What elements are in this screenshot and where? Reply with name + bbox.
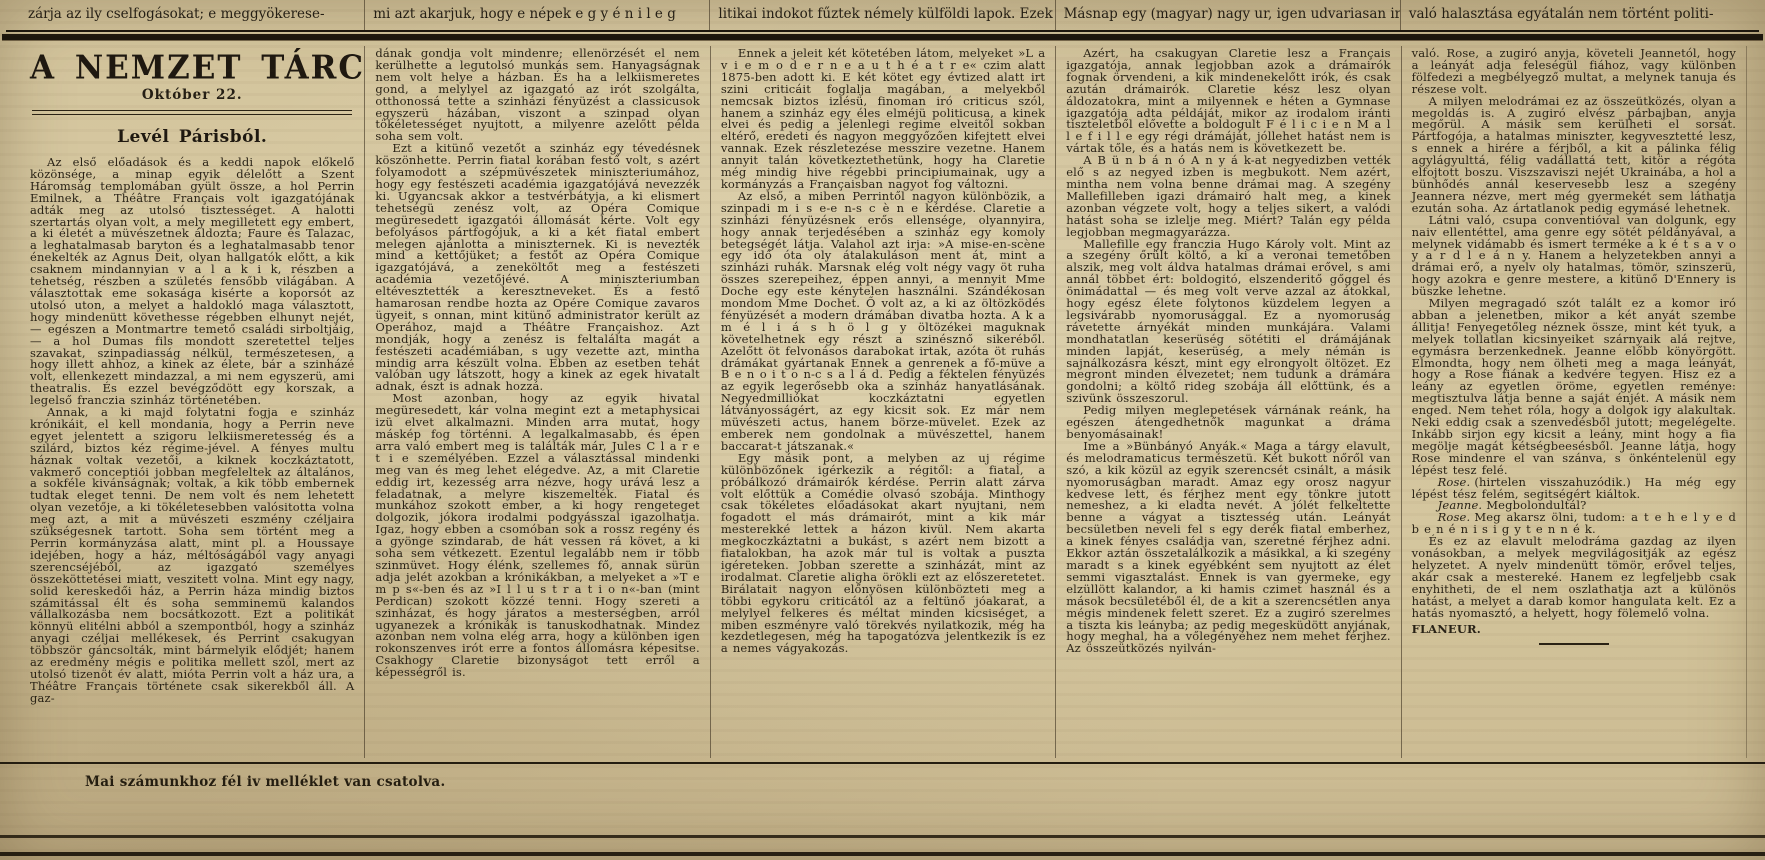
fragment-text: mi azt akarjuk, hogy e népek e g y é n i… xyxy=(365,0,710,30)
dialogue-line: Rose.Meg akarsz ölni, tudom: a t e h e l… xyxy=(1412,512,1736,536)
signature: FLANEUR. xyxy=(1412,624,1736,636)
paragraph: Most azonban, hogy az egyik hivatal megü… xyxy=(375,393,699,679)
bottom-double-rule xyxy=(0,835,1765,856)
section-date: Október 22. xyxy=(30,87,354,103)
column-3: Ennek a jeleit két kötetében látom, mely… xyxy=(711,46,1056,758)
paragraph: Annak, a ki majd folytatni fogja e szinh… xyxy=(30,407,354,705)
section-title: A NEMZET TÁRCZÁJA. xyxy=(30,49,354,87)
paragraph: Milyen megragadó szót talált ez a komor … xyxy=(1412,298,1736,477)
paragraph: Mallefille egy franczia Hugo Károly volt… xyxy=(1066,239,1390,406)
paragraph: Az első előadások és a keddi napok előke… xyxy=(30,157,354,407)
article-end-rule xyxy=(1539,643,1609,645)
newspaper-page: zárja az ily cselfogásokat; e meggyökere… xyxy=(0,0,1765,860)
fragment-text: litikai indokot fűztek némely külföldi l… xyxy=(710,0,1055,30)
paragraph: Látni való, csupa conventióval van dolgu… xyxy=(1412,215,1736,298)
paragraph: Az első, a miben Perrintől nagyon különb… xyxy=(721,191,1045,453)
paragraph: Azért, ha csakugyan Claretie lesz a Fran… xyxy=(1066,48,1390,155)
article-title: Levél Párisból. xyxy=(30,127,354,147)
fragment-text: zárja az ily cselfogásokat; e meggyökere… xyxy=(20,0,365,30)
paragraph: való. Rose, a zugiró anyja, követeli Jea… xyxy=(1412,48,1736,96)
fragment-text: való halasztása egyátalán nem történt po… xyxy=(1401,0,1745,30)
paragraph: dának gondja volt mindenre; ellenörzését… xyxy=(375,48,699,143)
paragraph: Egy másik pont, a melyben az uj régime k… xyxy=(721,453,1045,655)
top-fragment-row: zárja az ily cselfogásokat; e meggyökere… xyxy=(0,0,1765,30)
fragment-text: Másnap egy (magyar) nagy ur, igen udvari… xyxy=(1056,0,1401,30)
column-2: dának gondja volt mindenre; ellenörzését… xyxy=(365,46,710,758)
column-5: való. Rose, a zugiró anyja, követeli Jea… xyxy=(1402,46,1747,758)
paragraph: Ime a »Bünbányó Anyák.« Maga a tárgy ela… xyxy=(1066,441,1390,655)
paragraph: Ennek a jeleit két kötetében látom, mely… xyxy=(721,48,1045,191)
paragraph: A B ü n b á n ó A n y á k-at negyedizben… xyxy=(1066,155,1390,238)
footer-rule xyxy=(0,762,1765,764)
paragraph: Ezt a kitünő vezetőt a szinház egy téved… xyxy=(375,143,699,393)
column-container: A NEMZET TÁRCZÁJA. Október 22. Levél Pár… xyxy=(0,40,1765,758)
paragraph: Pedig milyen meglepetések várnának reánk… xyxy=(1066,405,1390,441)
column-4: Azért, ha csakugyan Claretie lesz a Fran… xyxy=(1056,46,1401,758)
column-1: A NEMZET TÁRCZÁJA. Október 22. Levél Pár… xyxy=(20,46,365,758)
masthead: A NEMZET TÁRCZÁJA. Október 22. Levél Pár… xyxy=(30,50,354,147)
dialogue-line: Rose.(hirtelen visszahuzódik.) Ha még eg… xyxy=(1412,477,1736,501)
paragraph: És ez az elavult melodráma gazdag az ily… xyxy=(1412,536,1736,619)
masthead-rule xyxy=(32,110,352,115)
footer-note: Mai számunkhoz fél iv melléklet van csat… xyxy=(85,774,1765,790)
paragraph: A milyen melodrámai ez az összeütközés, … xyxy=(1412,96,1736,215)
